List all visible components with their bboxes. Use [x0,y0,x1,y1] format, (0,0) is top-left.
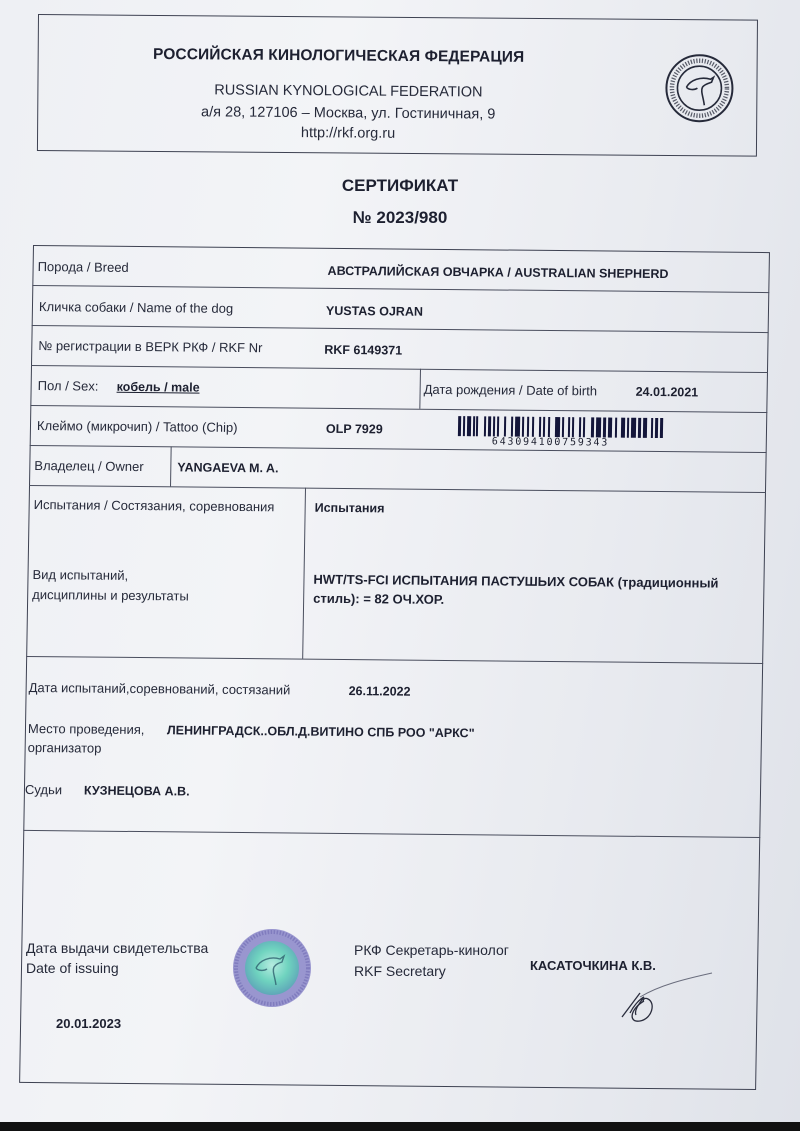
registration-value: RKF 6149371 [324,343,402,358]
trial-results-line2: стиль): = 82 ОЧ.ХОР. [313,591,444,607]
event-place-value: ЛЕНИНГРАДСК..ОБЛ.Д.ВИТИНО СПБ РОО "АРКС" [167,723,475,740]
handwritten-signature-icon [600,965,720,1025]
sex-label: Пол / Sex: [38,378,99,394]
trial-type-value: Испытания [315,501,385,516]
date-of-birth-value: 24.01.2021 [636,385,699,400]
dog-name-label: Кличка собаки / Name of the dog [39,299,233,316]
registration-label: № регистрации в ВЕРК РКФ / RKF Nr [38,338,262,355]
trial-results-label-line1: Вид испытаний, [32,567,128,583]
certificate-number: № 2023/980 [0,208,800,228]
date-of-birth-label: Дата рождения / Date of birth [424,382,598,399]
org-name-ru: РОССИЙСКАЯ КИНОЛОГИЧЕСКАЯ ФЕДЕРАЦИЯ [39,45,639,68]
issue-date-label-en: Date of issuing [26,960,119,976]
issue-date-value: 20.01.2023 [56,1016,121,1031]
tattoo-value: OLP 7929 [326,422,383,437]
breed-label: Порода / Breed [38,259,129,275]
org-address: а/я 28, 127106 – Москва, ул. Гостиничная… [38,103,658,124]
trial-results-label-line2: дисциплины и результаты [32,587,189,604]
sex-value: кобель / male [117,380,200,395]
hologram-seal-icon [232,928,312,1008]
judges-value: КУЗНЕЦОВА А.В. [84,784,190,799]
owner-label: Владелец / Owner [34,458,144,474]
event-place-label-line2: организатор [28,740,102,756]
event-date-label: Дата испытаний,соревнований, состязаний [29,680,291,698]
dog-name-value: YUSTAS OJRAN [326,304,423,319]
owner-value: YANGAEVA M. A. [177,460,278,475]
photo-bottom-edge [0,1122,800,1131]
event-place-label-line1: Место проведения, [28,721,145,737]
trial-type-label: Испытания / Состязания, соревнования [34,497,275,514]
org-url: http://rkf.org.ru [38,123,658,144]
chip-barcode-number: 643094100759343 [492,436,609,448]
chip-barcode-icon [458,416,688,438]
rkf-dog-head-seal-icon [664,53,735,124]
tattoo-label: Клеймо (микрочип) / Tattoo (Chip) [37,418,238,435]
header-box: РОССИЙСКАЯ КИНОЛОГИЧЕСКАЯ ФЕДЕРАЦИЯ RUSS… [37,14,758,157]
judges-label: Судьи [25,782,62,797]
certificate-title: СЕРТИФИКАТ [0,176,800,196]
secretary-label-ru: РКФ Секретарь-кинолог [354,942,509,958]
secretary-label-en: RKF Secretary [354,963,446,979]
org-name-en: RUSSIAN KYNOLOGICAL FEDERATION [38,81,658,102]
issue-date-label-ru: Дата выдачи свидетельства [26,940,208,956]
event-date-value: 26.11.2022 [349,684,411,699]
